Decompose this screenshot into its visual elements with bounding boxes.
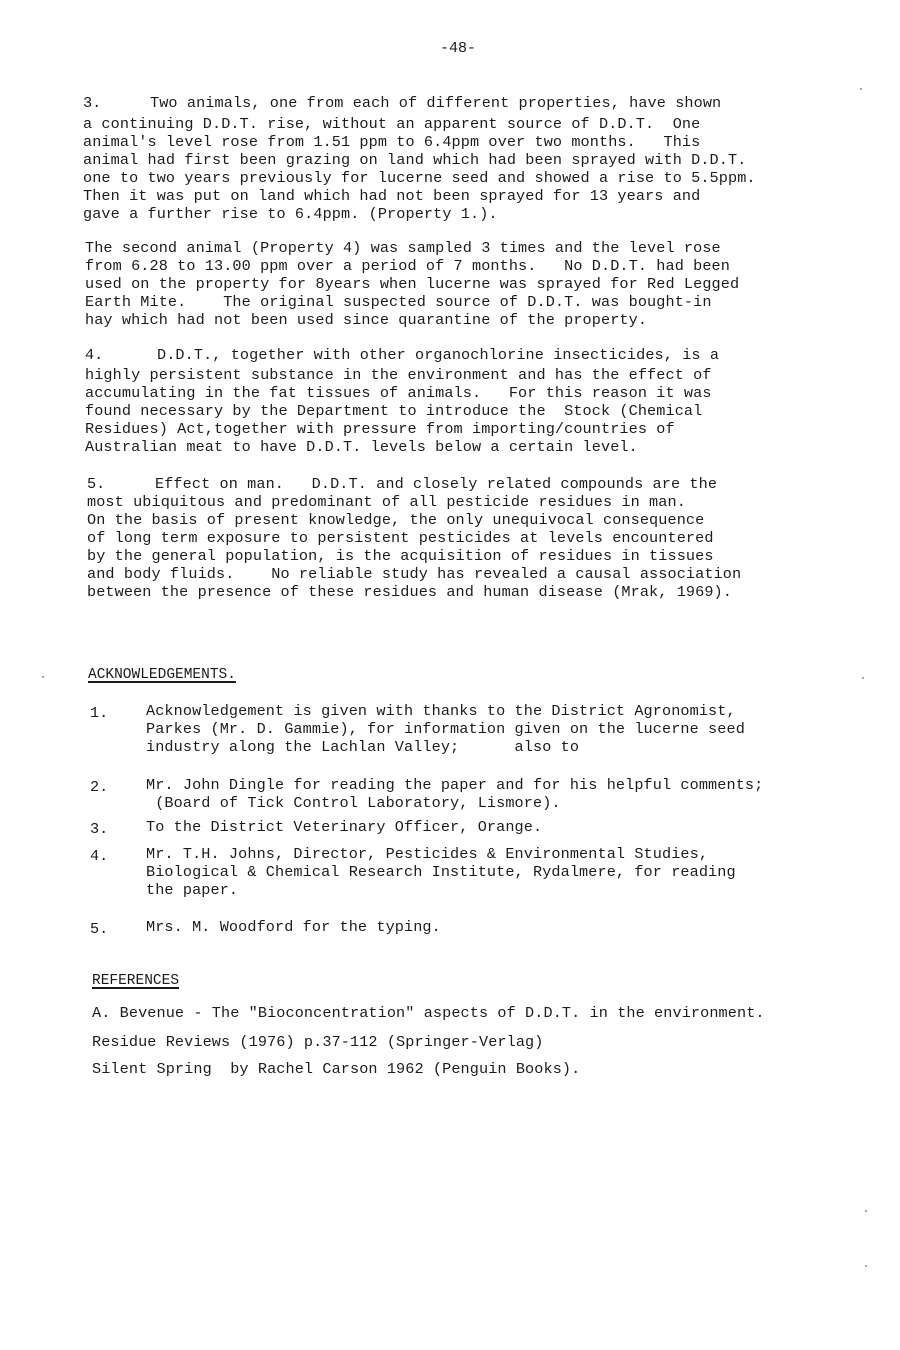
section-4-line: accumulating in the fat tissues of anima… xyxy=(85,384,712,402)
scan-speck xyxy=(860,88,862,90)
section-3-line: Two animals, one from each of different … xyxy=(150,94,721,112)
section-5-line: and body fluids. No reliable study has r… xyxy=(87,565,741,583)
ack-item-number: 3. xyxy=(90,820,108,838)
page-number: -48- xyxy=(440,40,476,58)
ack-item-number: 2. xyxy=(90,778,108,796)
ack-item-line: Mr. T.H. Johns, Director, Pesticides & E… xyxy=(146,845,708,863)
section-4-number: 4. xyxy=(85,346,103,364)
section-4-line: highly persistent substance in the envir… xyxy=(85,366,712,384)
ack-item-line: the paper. xyxy=(146,881,238,899)
ack-item-line: Acknowledgement is given with thanks to … xyxy=(146,702,736,720)
scan-speck xyxy=(862,677,864,679)
section-3-para2-line: Earth Mite. The original suspected sourc… xyxy=(85,293,712,311)
section-4-line: found necessary by the Department to int… xyxy=(85,402,702,420)
ack-item-line: (Board of Tick Control Laboratory, Lismo… xyxy=(146,794,561,812)
ack-item-line: To the District Veterinary Officer, Oran… xyxy=(146,818,542,836)
section-5-line: On the basis of present knowledge, the o… xyxy=(87,511,704,529)
scan-speck xyxy=(865,1265,867,1267)
ack-item-line: industry along the Lachlan Valley; also … xyxy=(146,738,579,756)
section-3-line: gave a further rise to 6.4ppm. (Property… xyxy=(83,205,498,223)
ack-item-line: Mrs. M. Woodford for the typing. xyxy=(146,918,441,936)
section-4-line: Australian meat to have D.D.T. levels be… xyxy=(85,438,638,456)
ack-item-line: Biological & Chemical Research Institute… xyxy=(146,863,736,881)
section-5-line: Effect on man. D.D.T. and closely relate… xyxy=(155,475,717,493)
ack-item-number: 5. xyxy=(90,920,108,938)
section-3-para2-line: The second animal (Property 4) was sampl… xyxy=(85,239,721,257)
section-3-line: one to two years previously for lucerne … xyxy=(83,169,756,187)
ack-item-number: 4. xyxy=(90,847,108,865)
section-3-para2-line: hay which had not been used since quaran… xyxy=(85,311,647,329)
section-5-line: between the presence of these residues a… xyxy=(87,583,732,601)
ack-item-number: 1. xyxy=(90,704,108,722)
section-4-line: Residues) Act,together with pressure fro… xyxy=(85,420,675,438)
section-5-line: of long term exposure to persistent pest… xyxy=(87,529,714,547)
section-3-line: a continuing D.D.T. rise, without an app… xyxy=(83,115,700,133)
section-3-line: Then it was put on land which had not be… xyxy=(83,187,700,205)
ack-item-line: Mr. John Dingle for reading the paper an… xyxy=(146,776,763,794)
scan-speck xyxy=(865,1210,867,1212)
section-3-para2-line: from 6.28 to 13.00 ppm over a period of … xyxy=(85,257,730,275)
section-5-line: by the general population, is the acquis… xyxy=(87,547,714,565)
section-3-line: animal had first been grazing on land wh… xyxy=(83,151,746,169)
section-3-line: animal's level rose from 1.51 ppm to 6.4… xyxy=(83,133,700,151)
ack-item-line: Parkes (Mr. D. Gammie), for information … xyxy=(146,720,745,738)
section-5-number: 5. xyxy=(87,475,105,493)
section-4-line: D.D.T., together with other organochlori… xyxy=(157,346,719,364)
section-3-para2-line: used on the property for 8years when luc… xyxy=(85,275,739,293)
references-heading: REFERENCES xyxy=(92,972,179,990)
reference-line: A. Bevenue - The "Bioconcentration" aspe… xyxy=(92,1004,765,1022)
acknowledgements-heading: ACKNOWLEDGEMENTS. xyxy=(88,666,236,684)
section-3-number: 3. xyxy=(83,94,101,112)
document-page: -48- 3. Two animals, one from each of di… xyxy=(0,0,900,1350)
section-5-line: most ubiquitous and predominant of all p… xyxy=(87,493,686,511)
reference-line: Residue Reviews (1976) p.37-112 (Springe… xyxy=(92,1033,544,1051)
reference-line: Silent Spring by Rachel Carson 1962 (Pen… xyxy=(92,1060,580,1078)
scan-speck xyxy=(42,676,44,678)
